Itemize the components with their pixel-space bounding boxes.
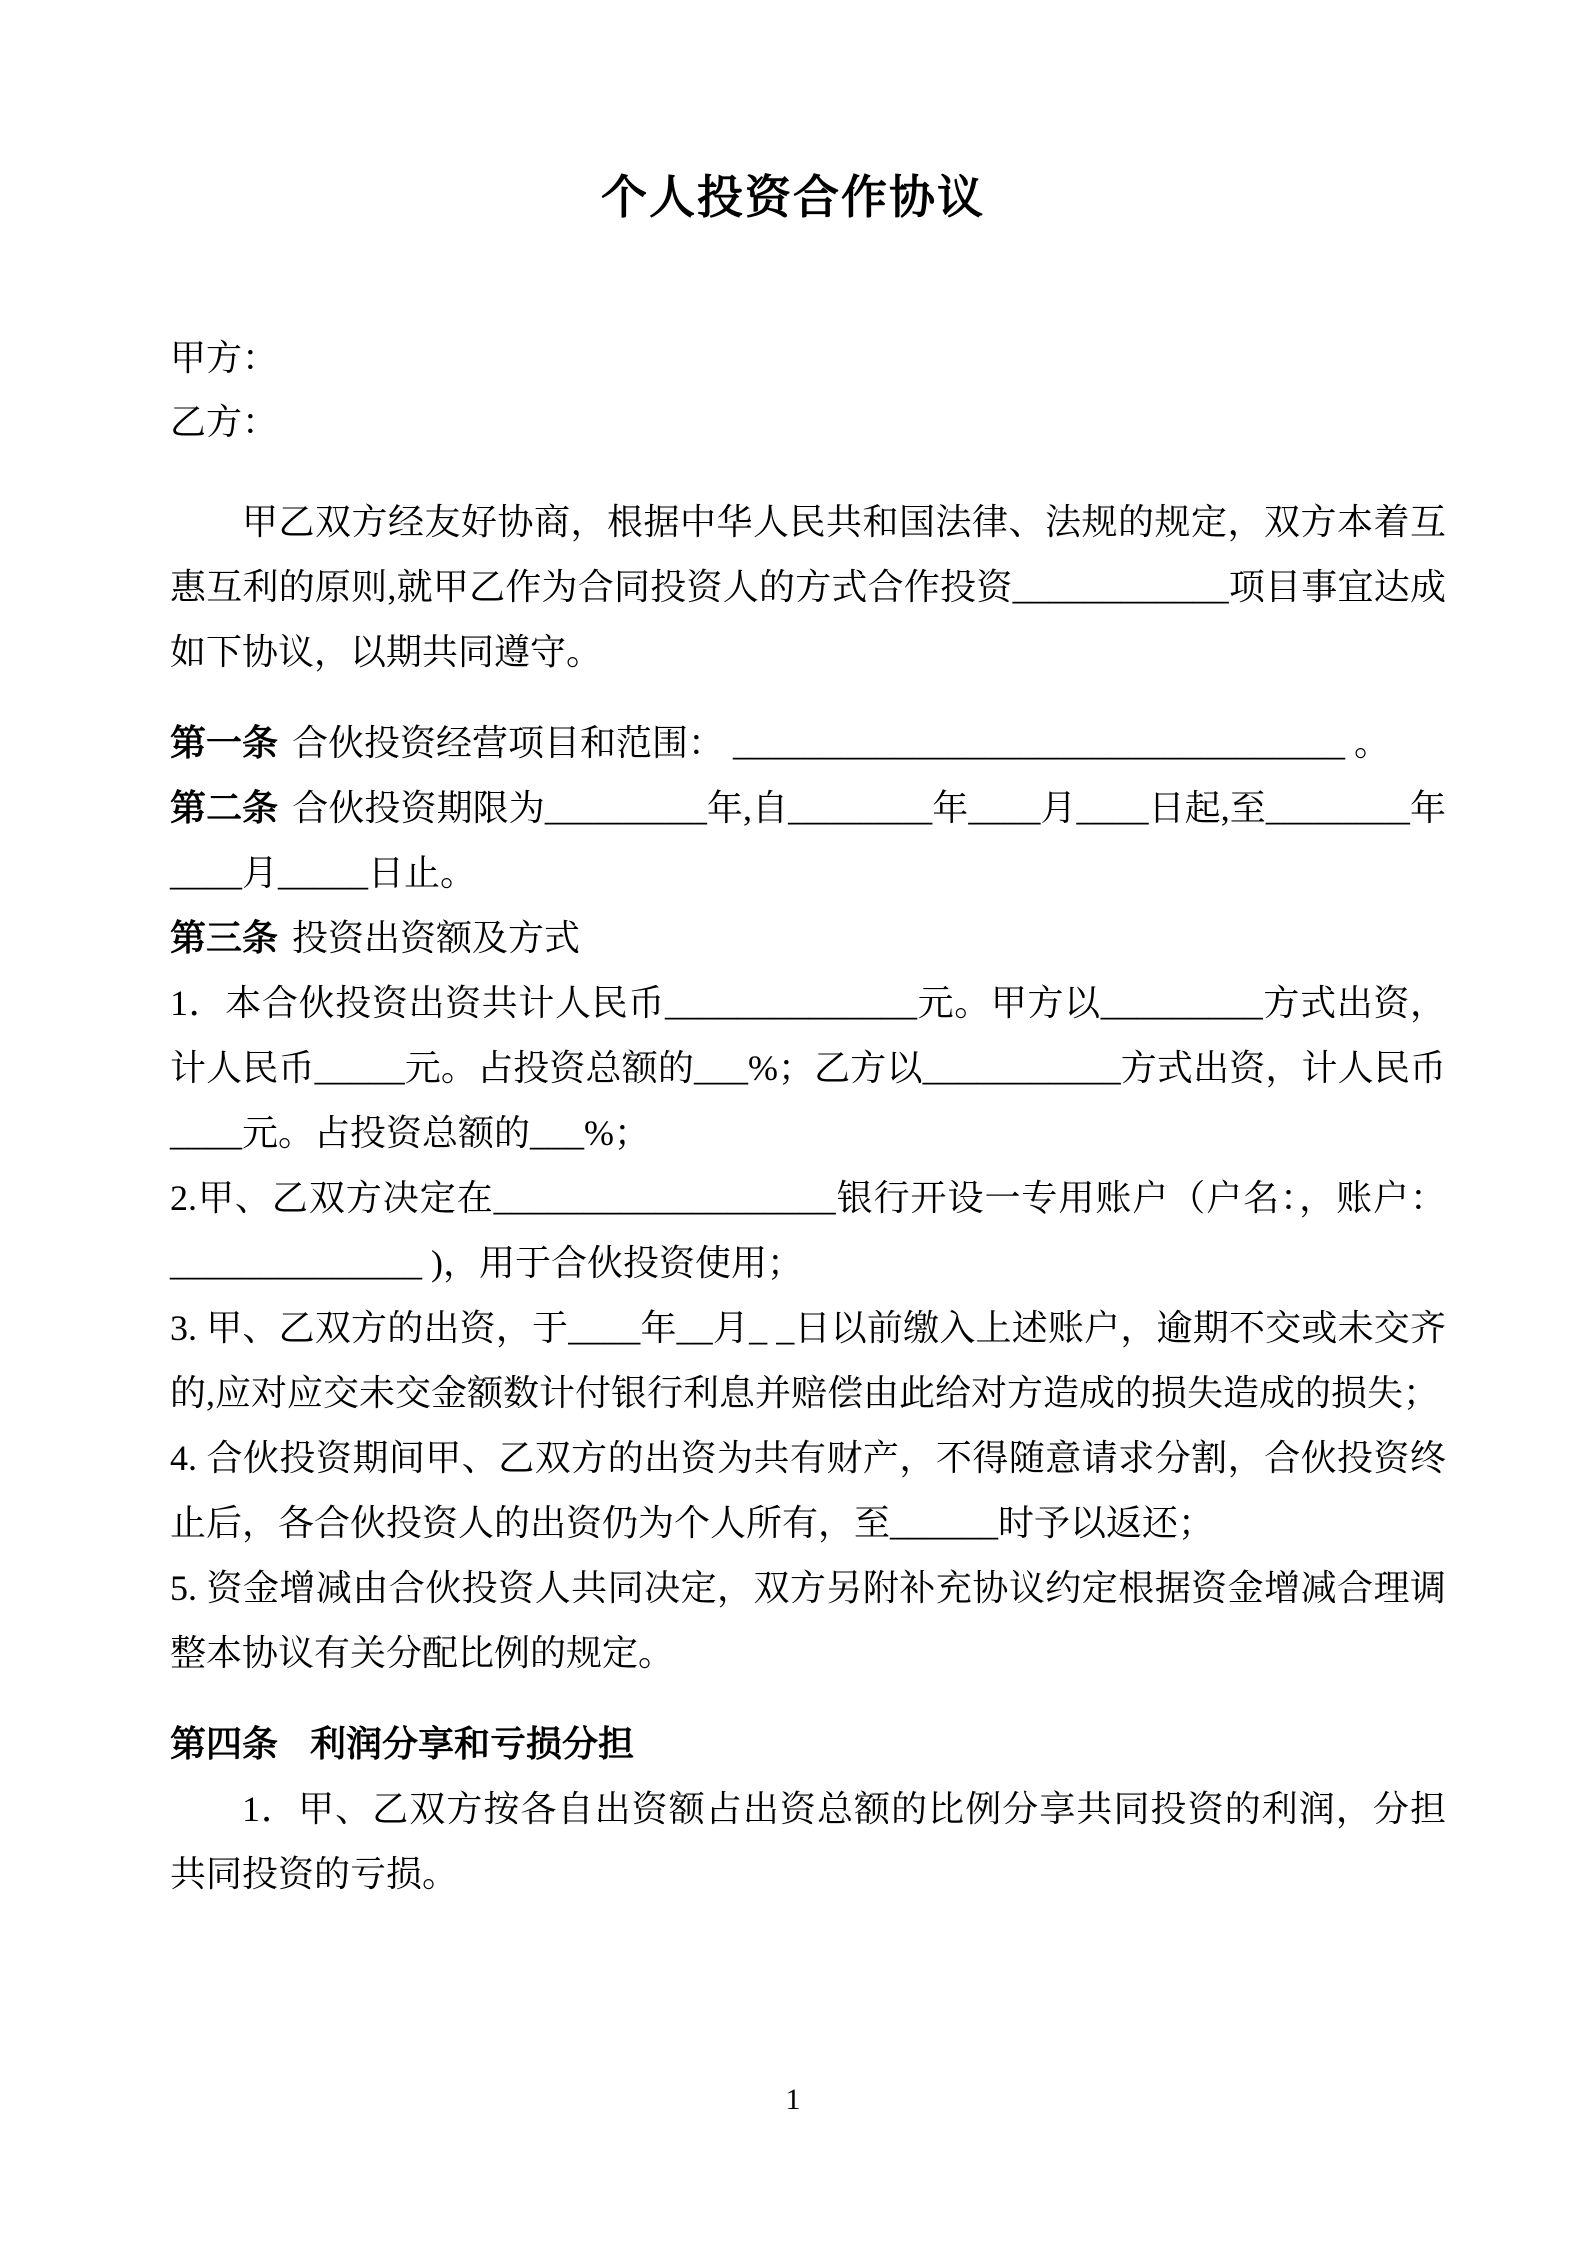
article-2-text: 合伙投资期限为_________年,自________年____月____日起,… [170, 788, 1446, 893]
article-4-heading: 第四条利润分享和亏损分担 [170, 1712, 1446, 1777]
article-3-heading-text: 投资出资额及方式 [292, 918, 580, 958]
preamble-paragraph: 甲乙双方经友好协商，根据中华人民共和国法律、法规的规定，双方本着互惠互利的原则,… [170, 490, 1446, 685]
article-3-item-2: 2.甲、乙双方决定在___________________银行开设一专用账户（户… [170, 1166, 1446, 1296]
article-3-item-1: 1．本合伙投资出资共计人民币______________元。甲方以_______… [170, 971, 1446, 1166]
article-3-item-3: 3. 甲、乙双方的出资，于____年__月_ _日以前缴入上述账户，逾期不交或未… [170, 1296, 1446, 1426]
article-1: 第一条合伙投资经营项目和范围： ________________________… [170, 711, 1446, 776]
article-4-heading-text: 利润分享和亏损分担 [310, 1724, 634, 1764]
document-title: 个人投资合作协议 [170, 170, 1446, 226]
party-a-line: 甲方： [170, 326, 1446, 390]
article-4-label: 第四条 [170, 1724, 278, 1764]
article-3-item-4: 4. 合伙投资期间甲、乙双方的出资为共有财产，不得随意请求分割，合伙投资终止后，… [170, 1426, 1446, 1556]
article-3-heading: 第三条投资出资额及方式 [170, 906, 1446, 971]
article-3-label: 第三条 [170, 918, 278, 958]
party-b-line: 乙方： [170, 390, 1446, 454]
article-2-label: 第二条 [170, 788, 278, 828]
article-1-label: 第一条 [170, 723, 278, 763]
document-page: 个人投资合作协议 甲方： 乙方： 甲乙双方经友好协商，根据中华人民共和国法律、法… [0, 0, 1586, 2244]
article-2: 第二条合伙投资期限为_________年,自________年____月____… [170, 776, 1446, 906]
article-4-item-1: 1．甲、乙双方按各自出资额占出资总额的比例分享共同投资的利润，分担共同投资的亏损… [170, 1777, 1446, 1907]
article-1-text: 合伙投资经营项目和范围： ___________________________… [292, 723, 1390, 763]
page-number: 1 [0, 2082, 1586, 2118]
article-3-item-5: 5. 资金增减由合伙投资人共同决定，双方另附补充协议约定根据资金增减合理调整本协… [170, 1556, 1446, 1686]
